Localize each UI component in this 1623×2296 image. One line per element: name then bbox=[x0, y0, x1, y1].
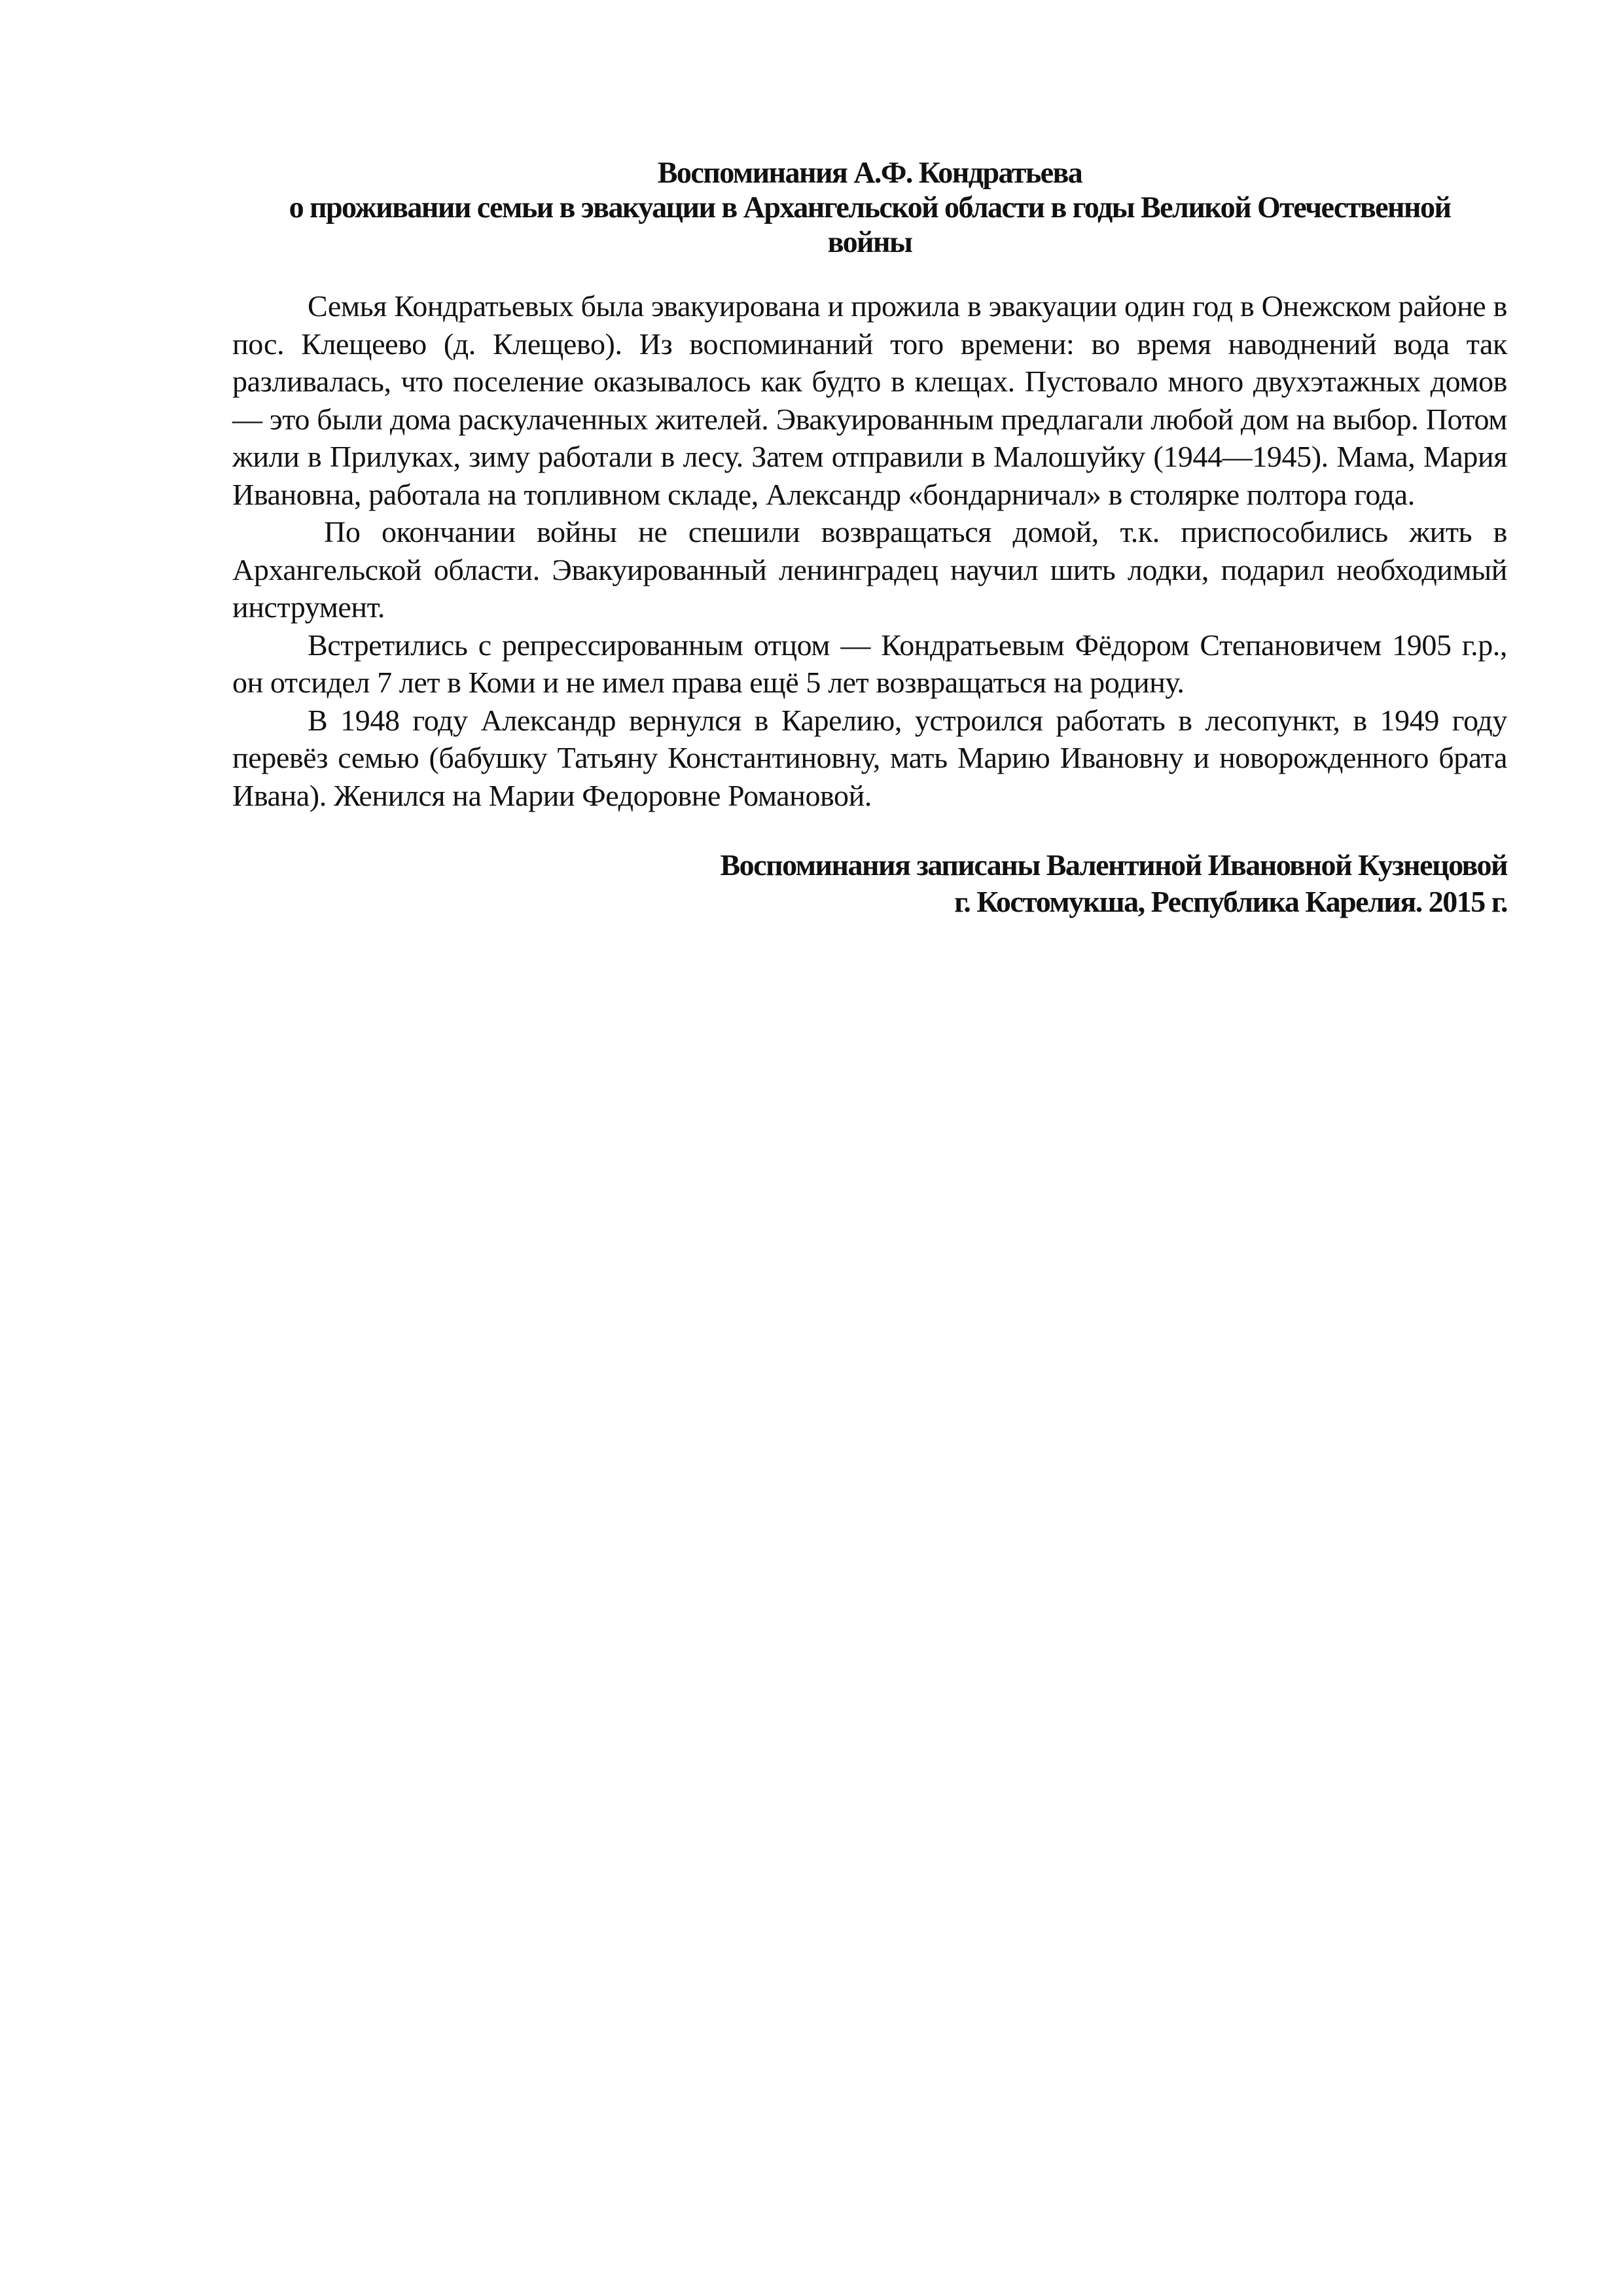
paragraph-return-karelia: В 1948 году Александр вернулся в Карелию… bbox=[232, 702, 1507, 815]
document-page: Воспоминания А.Ф. Кондратьева о проживан… bbox=[232, 156, 1507, 920]
paragraph-after-war: По окончании войны не спешили возвращать… bbox=[232, 513, 1507, 626]
signature-recorded-by: Воспоминания записаны Валентиной Ивановн… bbox=[232, 847, 1507, 884]
paragraph-father: Встретились с репрессированным отцом — К… bbox=[232, 626, 1507, 702]
signature-block: Воспоминания записаны Валентиной Ивановн… bbox=[232, 847, 1507, 920]
title-line-2: о проживании семьи в эвакуации в Арханге… bbox=[245, 190, 1494, 225]
title-line-1: Воспоминания А.Ф. Кондратьева bbox=[245, 156, 1494, 190]
signature-place-date: г. Костомукша, Республика Карелия. 2015 … bbox=[232, 884, 1507, 920]
document-title: Воспоминания А.Ф. Кондратьева о проживан… bbox=[245, 156, 1494, 260]
document-body: Семья Кондратьевых была эвакуирована и п… bbox=[232, 287, 1507, 814]
paragraph-evacuation: Семья Кондратьевых была эвакуирована и п… bbox=[232, 287, 1507, 513]
title-line-3: войны bbox=[245, 225, 1494, 260]
